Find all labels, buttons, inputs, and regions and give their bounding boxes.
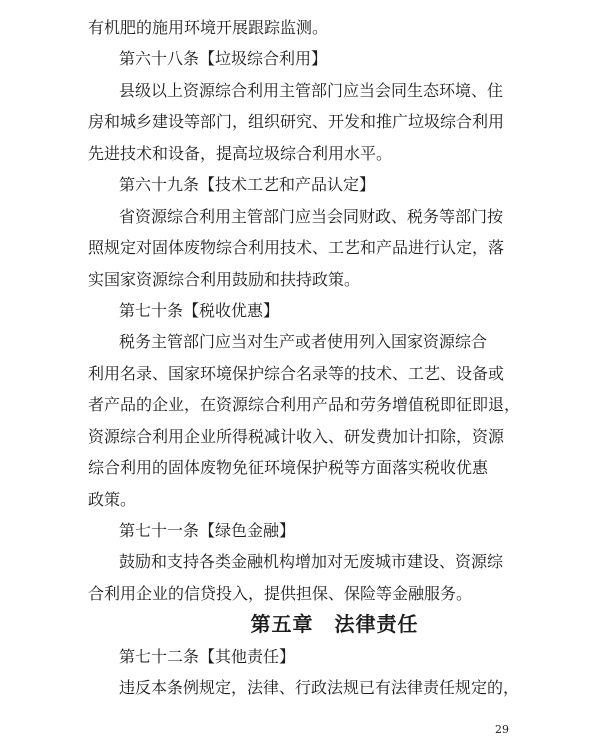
- text-line: 第六十八条【垃圾综合利用】: [88, 43, 515, 74]
- text-line: 第七十一条【绿色金融】: [88, 515, 515, 546]
- text-line: 省资源综合利用主管部门应当会同财政、税务等部门按: [88, 201, 515, 232]
- text-line: 资源综合利用企业所得税减计收入、研发费加计扣除，资源: [88, 421, 515, 452]
- text-line: 合利用企业的信贷投入，提供担保、保险等金融服务。: [88, 578, 515, 609]
- text-line: 第七十条【税收优惠】: [88, 295, 515, 326]
- text-line: 利用名录、国家环境保护综合名录等的技术、工艺、设备或: [88, 358, 515, 389]
- chapter-heading: 第五章 法律责任: [88, 609, 515, 640]
- text-line: 者产品的企业，在资源综合利用产品和劳务增值税即征即退，: [88, 389, 515, 420]
- text-line: 照规定对固体废物综合利用技术、工艺和产品进行认定，落: [88, 232, 515, 263]
- text-line: 违反本条例规定，法律、行政法规已有法律责任规定的，: [88, 672, 515, 703]
- text-line: 实国家资源综合利用鼓励和扶持政策。: [88, 264, 515, 295]
- text-line: 第六十九条【技术工艺和产品认定】: [88, 169, 515, 200]
- text-line: 第七十二条【其他责任】: [88, 641, 515, 672]
- text-line: 房和城乡建设等部门，组织研究、开发和推广垃圾综合利用: [88, 106, 515, 137]
- text-line: 税务主管部门应当对生产或者使用列入国家资源综合: [88, 326, 515, 357]
- document-page: 有机肥的施用环境开展跟踪监测。第六十八条【垃圾综合利用】县级以上资源综合利用主管…: [0, 0, 600, 747]
- text-line: 县级以上资源综合利用主管部门应当会同生态环境、住: [88, 75, 515, 106]
- text-line: 综合利用的固体废物免征环境保护税等方面落实税收优惠: [88, 452, 515, 483]
- page-number: 29: [495, 722, 509, 738]
- text-line: 先进技术和设备，提高垃圾综合利用水平。: [88, 138, 515, 169]
- text-block: 有机肥的施用环境开展跟踪监测。第六十八条【垃圾综合利用】县级以上资源综合利用主管…: [88, 12, 515, 704]
- text-line: 有机肥的施用环境开展跟踪监测。: [88, 12, 515, 43]
- text-line: 政策。: [88, 484, 515, 515]
- text-line: 鼓励和支持各类金融机构增加对无废城市建设、资源综: [88, 546, 515, 577]
